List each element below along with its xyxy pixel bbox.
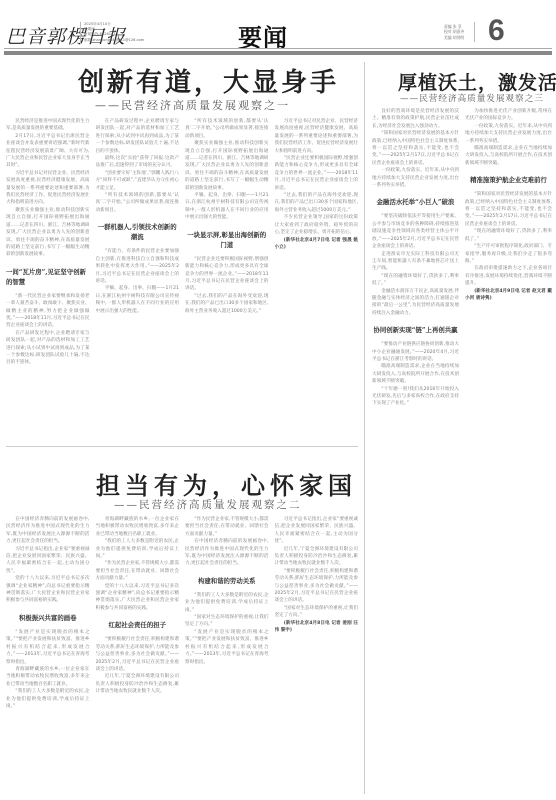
article-2-subhead: ——民营经济高质量发展观察之二: [114, 497, 302, 512]
article-1-subhead: ——民营经济高质量发展观察之一: [95, 97, 290, 113]
paragraph: 一份政策,九份落实。近年来,从中央到地方持续加大支持民营企业发展力度,出台一系列…: [465, 123, 552, 145]
article-1-body: 民营经济是推进中国式现代化的生力军,是高质量发展的重要基础。 2月17日,习近平…: [6, 118, 358, 436]
paragraph: 习近平总书记对民营企业、民营经济发展高度重视,民营经济健康发展、高质量发展的一系…: [6, 170, 90, 207]
paragraph: 民营经济是推进中国式现代化的生力军,是高质量发展的重要基础。: [6, 118, 90, 133]
paragraph: 走进淮安市无实际工科技有限公司无尘车间,智能机器人有条不紊地将芯片送上生产线。: [372, 251, 459, 273]
article-1-col-3: “所有技术领域的创新,都要从‘认真’二字开始。”公司所做成果显著,接连推动新项目…: [185, 118, 269, 436]
article-2-col-3: “作为民营企业家,不管规模大小,都需要担当社会责任,在带动就业、回馈社会方面贡献…: [185, 516, 269, 796]
paragraph: “创业要守好‘主阵地’,”郭鹏人践行八方“同样不可或缺”,”直建华认为守住初心才…: [96, 170, 180, 192]
paragraph: “作为民营企业家,不管规模大小,都需要担当社会责任,在带动就业、回馈社会方面贡献…: [185, 516, 269, 538]
article-3-col-2: 为加快推进光伏产业创新升级,常州在光伏产业的国际竞争力。 一份政策,九份落实。近…: [465, 108, 552, 796]
paragraph: 聚焦实业做强主业,推动科技创新实现自立自强,打开国际视野拓展出海通道……记者在四…: [185, 140, 269, 192]
article-1-headline: 创新有道，大显身手: [78, 62, 339, 99]
article-3-byline: (新华社北京4月9日电 记者 赵文君 戴小河 唐诗隽): [465, 288, 552, 303]
paragraph: “新一代民营企业家要继承和发扬老一辈人艰苦奋斗、敢闯敢干、聚焦实业、做精主业的精…: [6, 293, 90, 330]
paragraph: 2月17日,习近平总书记出席民营企业座谈会并发表重要讲话强调,“新时代新征程民营…: [6, 133, 90, 170]
paragraph: 为加快推进光伏产业创新升级,常州在光伏产业的国际竞争力。: [465, 108, 552, 123]
paragraph: “国家对生态环境保护的重视,让我们坚定了方向。”: [185, 614, 269, 629]
paragraph: 金融活水润泽万千民企,高质量发展,伴随金融与实体经济之间的活力,打通银企对接的“…: [372, 288, 459, 318]
paragraph: 党的十八大以来,习近平总书记多次强调“企业家精神”,向总书记重要指示精神贯彻落实…: [6, 575, 90, 605]
section-heading: 协同创新实现“链”上再创共赢: [372, 325, 459, 335]
article-divider: [6, 446, 358, 447]
paragraph: 在中国经济奔腾向前的发展画卷中,民营经济作为推进中国式现代化的生力军,既为中国经…: [185, 538, 269, 568]
article-2-col-1: 在中国经济奔腾向前的发展画卷中,民营经济作为推进中国式现代化的生力军,既为中国经…: [6, 516, 90, 796]
paragraph: 近几年,宁夏全洲环境建设有限公司负责人积极投身防沙治沙和生态修复,累计带动当地农…: [275, 546, 359, 568]
article-3-subhead: ——民营经济高质量发展观察之三: [400, 92, 544, 104]
article-2-body: 在中国经济奔腾向前的发展画卷中,民营经济作为推进中国式现代化的生力军,既为中国经…: [6, 516, 358, 796]
editor-designer: 美编 胡剑明: [444, 35, 464, 40]
paragraph: “要积极履行社会责任,积极构建和谐劳动关系,抓好生态环境保护,力所能及参与公益慈…: [275, 568, 359, 605]
paragraph: 党的十八大以来,习近平总书记多次强调“企业家精神”,向总书记重要指示精神贯彻落实…: [96, 583, 180, 613]
article-3-body: 良好的营商环境是民营经济发展的沃土。精准有效的政策护航,民营企业茁壮成长,为经济…: [372, 108, 552, 796]
paragraph: 瞄准高端制造需求,企业在当地持续加大研发投入,与高校院所开展合作,在技术创新领域…: [372, 363, 459, 385]
paragraph: “现在的融资环境好了,贷款多了,利率低了。”: [372, 273, 459, 288]
paragraph: 青海湖畔藏族的水乡,一位企业家在当地积极带动农牧民增收致富,多年来企业已带动当地…: [96, 516, 180, 538]
section-heading: 一群机器人,引领技术创新的潮流: [96, 222, 180, 242]
article-1-col-4: 习近平总书记对民营企业、民营经济发展高度重视,民营经济健康发展、高质量发展的一系…: [275, 118, 359, 436]
paragraph: 平躺、起身、出拳、扫腿——1月21日,在浙江杭州宇树科技有限公司宣传视频中,一群…: [96, 285, 180, 315]
page-number: 6: [488, 14, 505, 48]
paragraph: 一份政策,九份落实。近年来,从中央到地方持续加大支持民营企业发展力度,出台一系列…: [372, 167, 459, 189]
article-2-byline: (新华社北京4月8日电 记者 姜刚 汪伟 黎宇): [275, 620, 359, 635]
masthead-rule-thin: [4, 48, 552, 49]
section-heading: 金融活水托举“小巨人”破浪: [372, 197, 459, 207]
paragraph: “我们的工人大多数是附近的农民,企业为他们提供免费培训,学成后持证上岗。”: [185, 592, 269, 614]
paragraph: “发展产业是实现脱贫的根本之策。”“要把产业发展和扶贫致富、推进乡村振兴有机结合…: [185, 629, 269, 666]
article-1-col-2: 在产品研发过程中,企业聘请专家与研发团队一起,对产品的选材和加工工艺进行探索;从…: [96, 118, 180, 436]
paragraph: “所有技术领域的创新,都要从‘认真’二字开始。”公司所做成果显著,接连推动新项目…: [185, 118, 269, 140]
paragraph: “过去,我们的产品在海外受欢迎,现在,我们的产品已出口30多个国家和地区,海外主…: [185, 293, 269, 315]
masthead: 巴音郭楞日报 2025年4月10日 星期四 新闻热线:8526143 邮箱:zh…: [0, 0, 556, 56]
paragraph: “民营企业还要积极国际视野,增强创新能力和核心竞争力,形成更多具有全球竞争力的世…: [275, 155, 359, 192]
section-heading: 一块显示屏,彰显出海创新的门道: [185, 230, 269, 250]
paragraph: “要积极履行社会责任,积极构建和谐劳动关系,抓好生态环境保护,力所能及参与公益慈…: [96, 636, 180, 673]
paragraph: 在中国经济奔腾向前的发展画卷中,民营经济作为推进中国式现代化的生力军,既为中国经…: [6, 516, 90, 546]
article-3-col-1: 良好的营商环境是民营经济发展的沃土。精准有效的政策护航,民营企业茁壮成长,为经济…: [372, 108, 459, 796]
article-1-byline: (新华社北京4月7日电 记者 强晟 姚小立): [275, 237, 359, 252]
paragraph: “要坚决破除依法平等使用生产要素、公平参与市场竞争的各种障碍,持续推进基础设施竞…: [372, 213, 459, 250]
editor-credits: 责编 张 菲 校对 胡嘉齐 美编 胡剑明: [444, 24, 464, 40]
paragraph: “要推动产业链供应链协同创新,推动大中小企业融通发展。”——2020年4月,习近…: [372, 341, 459, 363]
paragraph: “作为民营企业家,不管规模大小,都需要担当社会责任,在带动就业、回馈社会方面贡献…: [96, 560, 180, 582]
paragraph: 瞄准高端制造需求,企业在当地持续加大研发投入,与高校院所开展合作,在技术创新领域…: [465, 145, 552, 167]
paragraph: 近几年,宁夏全洲环境建设有限公司负责人积极投身防沙治沙和生态修复,累计带动当地农…: [96, 673, 180, 695]
paragraph: 习近平总书记指出,企业家“要重视诚信,把企业发展同国家繁荣、民族兴盛、人民幸福紧…: [275, 516, 359, 546]
section-heading: 红起社会责任的担子: [96, 620, 180, 630]
paragraph: “十年磨一剑!我们从2016年开始投入光伏研发,先后与多家高校合作,在政府支持下…: [372, 386, 459, 408]
paragraph: 在产品研发过程中,企业聘请专家与研发团队一起,对产品的选材和加工工艺进行探索;从…: [6, 330, 90, 367]
paragraph: “简和国家对民营经济发展的基本方针政策,已经纳入中国特色社会主义制度体系,将一以…: [465, 191, 552, 228]
paragraph: “生产许可审批程序简化,政府部门、专家指导,服务再升级,让我们少走了很多弯路。”: [465, 243, 552, 265]
paragraph: 青海湖畔藏族的水乡,一位企业家在当地积极带动农牧民增收致富,多年来企业已带动当地…: [6, 666, 90, 688]
divider: [474, 22, 475, 42]
section-heading: 一间“瓦片房”,见证坚守创新的智慧: [6, 267, 90, 287]
paragraph: 不少民营企业领导,国家的这份政策让大家看到了政府稳外资、稳外贸的决心,坚定了企业…: [275, 214, 359, 236]
section-heading: 积极振兴共富的画卷: [6, 613, 90, 623]
article-2-col-4: 习近平总书记指出,企业家“要重视诚信,把企业发展同国家繁荣、民族兴盛、人民幸福紧…: [275, 516, 359, 796]
column-divider: [364, 62, 365, 794]
paragraph: “现在的融资环境好了,贷款多了,利率低了。”: [465, 228, 552, 243]
paragraph: “我们的工人大多数是附近的农民,企业为他们提供免费培训,学成后持证上岗。”: [96, 538, 180, 560]
section-heading: 精准施策护航企业克难前行: [465, 175, 552, 185]
paragraph: “所有技术领域的创新,都要从‘认真’二字开始。”公司所做成果显著,接连推动新项目…: [96, 192, 180, 214]
section-heading: 构建和谐的劳动关系: [185, 576, 269, 586]
paragraph: 最终,这次“实验”获得了回报:这款产品推广后,迅速得到了市场的充分认可。: [96, 155, 180, 170]
paragraph: “我们的工人大多数是附近的农民,企业为他们提供免费培训,学成后持证上岗。”: [6, 688, 90, 710]
paragraph: “过去,我们的产品在海外受欢迎,现在,我们的产品已出口30多个国家和地区,海外主…: [275, 192, 359, 214]
paragraph: 在产品研发过程中,企业聘请专家与研发团队一起,对产品的选材和加工工艺进行探索;从…: [96, 118, 180, 155]
article-2-headline: 担当有为，心怀家国: [96, 466, 357, 501]
article-2-col-2: 青海湖畔藏族的水乡,一位企业家在当地积极带动农牧民增收致富,多年来企业已带动当地…: [96, 516, 180, 796]
divider: [80, 22, 81, 44]
paragraph: “民营企业还要积极国际视野,增强创新能力和核心竞争力,形成更多具有全球竞争力的世…: [185, 256, 269, 293]
paragraph: 习近平总书记指出,企业家“要重视诚信,把企业发展同国家繁荣、民族兴盛、人民幸福紧…: [6, 546, 90, 576]
issue-info: 2025年4月10日 星期四 新闻热线:8526143 邮箱:zhanoongb…: [84, 22, 144, 43]
paragraph: 良好的营商环境是民营经济发展的沃土。精准有效的政策护航,民营企业茁壮成长,为经济…: [372, 108, 459, 130]
masthead-rule-thick: [4, 51, 552, 55]
paragraph: 聚焦实业做强主业,推动科技创新实现自立自强,打开国际视野拓展出海通道……记者在四…: [6, 207, 90, 259]
paragraph: “发展产业是实现脱贫的根本之策。”“要把产业发展和扶贫致富、推进乡村振兴有机结合…: [6, 629, 90, 666]
paragraph: 在政府审批提速助力之下,企业各项目有序推进,发展环境持续优化,营商环境不断提升。: [465, 265, 552, 287]
article-1-col-1: 民营经济是推进中国式现代化的生力军,是高质量发展的重要基础。 2月17日,习近平…: [6, 118, 90, 436]
article-3-headline: 厚植沃土，激发活力: [398, 68, 556, 95]
paragraph: “国家对生态环境保护的重视,让我们坚定了方向。”: [275, 605, 359, 620]
paragraph: 平躺、起身、出拳、扫腿——1月21日,在浙江杭州宇树科技有限公司宣传视频中,一群…: [185, 192, 269, 222]
paragraph: “简和国家对民营经济发展的基本方针政策,已经纳入中国特色社会主义制度体系,将一以…: [372, 130, 459, 167]
paragraph: “有能力、有条件的民营企业要加强自主创新,在推进科技自立自强和科技成果转化中发挥…: [96, 248, 180, 285]
contact-email: 邮箱:zhanoongb4@411@126.com: [84, 38, 144, 43]
paragraph: 习近平总书记对民营企业、民营经济发展高度重视,民营经济健康发展、高质量发展的一系…: [275, 118, 359, 155]
